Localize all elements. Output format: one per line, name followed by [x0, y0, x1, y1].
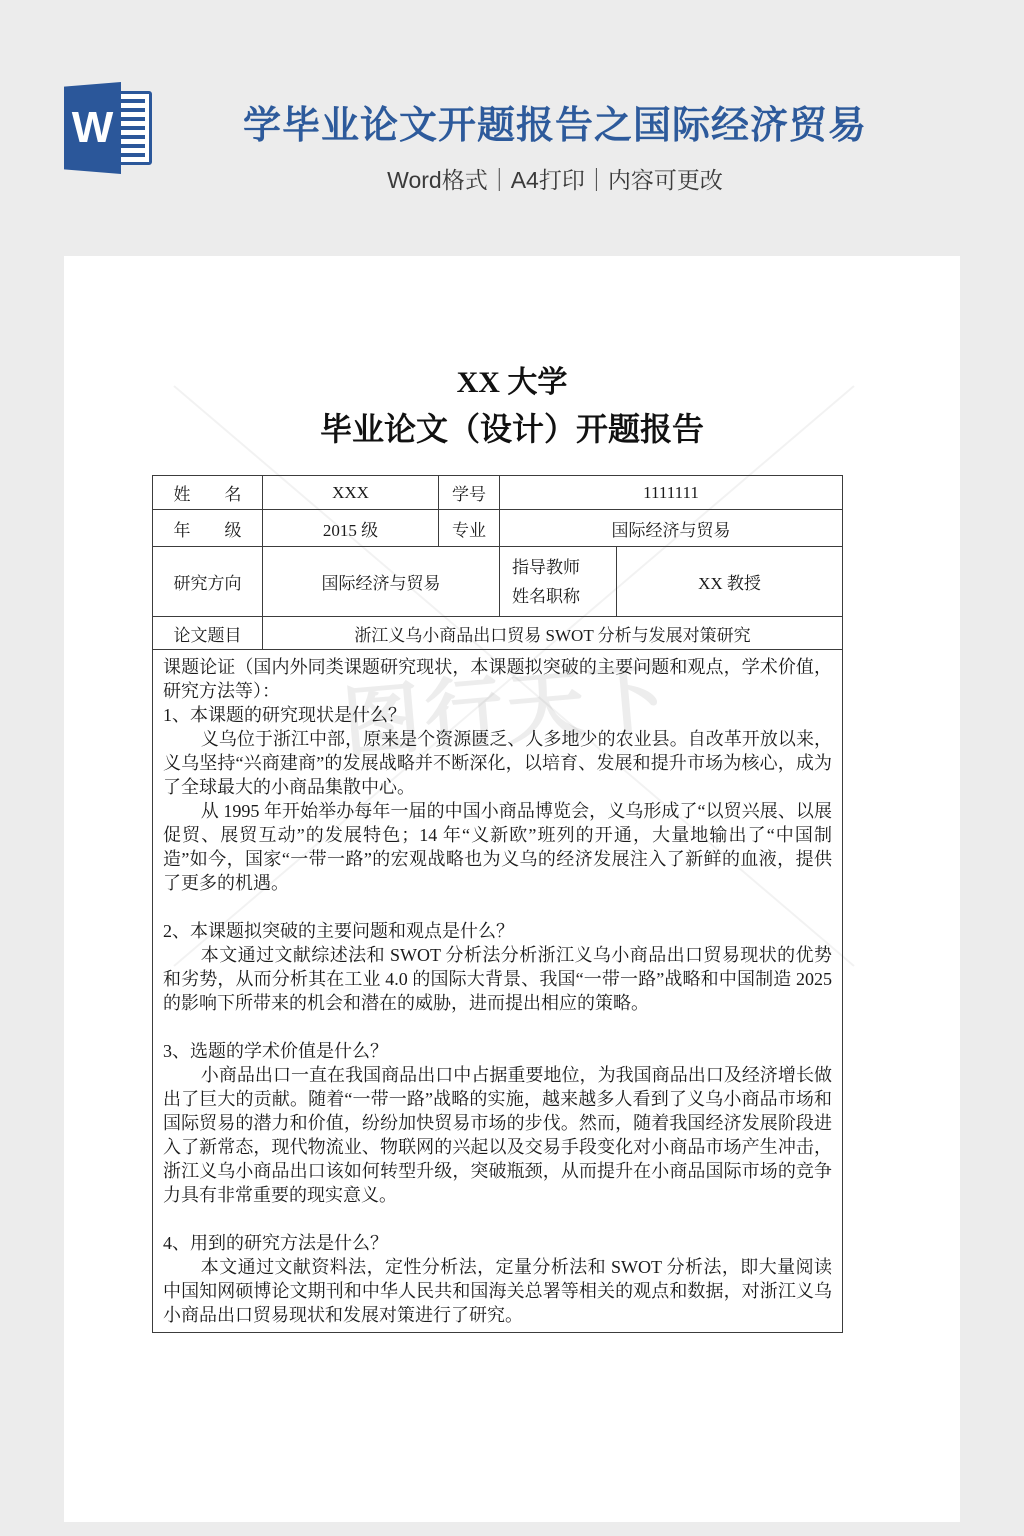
template-header: W 学毕业论文开题报告之国际经济贸易 Word格式｜A4打印｜内容可更改 — [0, 0, 1024, 256]
table-row-grade-major: 年 级 2015 级 专业 国际经济与贸易 — [153, 510, 842, 547]
topic-justification-prompt: 课题论证（国内外同类课题研究现状，本课题拟突破的主要问题和观点，学术价值，研究方… — [163, 655, 832, 703]
table-row-thesis-title: 论文题目 浙江义乌小商品出口贸易 SWOT 分析与发展对策研究 — [153, 617, 842, 650]
topic-justification-cell: 课题论证（国内外同类课题研究现状，本课题拟突破的主要问题和观点，学术价值，研究方… — [153, 650, 842, 1332]
word-icon-cover: W — [64, 82, 121, 174]
table-row-name-id: 姓 名 XXX 学号 1111111 — [153, 476, 842, 510]
table-row-direction-advisor: 研究方向 国际经济与贸易 指导教师姓名职称 XX 教授 — [153, 547, 842, 617]
header-text-block: 学毕业论文开题报告之国际经济贸易 Word格式｜A4打印｜内容可更改 — [160, 94, 950, 195]
info-table: 姓 名 XXX 学号 1111111 年 级 2015 级 专业 国际经济与贸易… — [152, 475, 843, 1333]
doc-title-university: XX 大学 — [64, 357, 960, 401]
thesis-title-label-cell: 论文题目 — [153, 617, 263, 649]
table-row-topic-justification: 课题论证（国内外同类课题研究现状，本课题拟突破的主要问题和观点，学术价值，研究方… — [153, 650, 842, 1332]
research-direction-label-cell: 研究方向 — [153, 547, 263, 616]
student-id-label-cell: 学号 — [439, 476, 500, 509]
template-subtitle: Word格式｜A4打印｜内容可更改 — [160, 162, 950, 195]
word-icon-text-lines — [119, 99, 145, 157]
word-icon-letter: W — [72, 106, 114, 150]
section-1: 1、本课题的研究现状是什么？ 义乌位于浙江中部，原来是个资源匮乏、人多地少的农业… — [163, 703, 832, 895]
template-title: 学毕业论文开题报告之国际经济贸易 — [160, 94, 950, 149]
name-label-cell: 姓 名 — [153, 476, 263, 509]
student-id-value-cell: 1111111 — [500, 476, 842, 509]
advisor-label-cell: 指导教师姓名职称 — [500, 547, 617, 616]
section-2-heading: 2、本课题拟突破的主要问题和观点是什么？ — [163, 919, 832, 943]
section-4-paragraph-1: 本文通过文献资料法，定性分析法，定量分析法和 SWOT 分析法，即大量阅读中国知… — [163, 1255, 832, 1327]
grade-label-cell: 年 级 — [153, 510, 263, 546]
major-value-cell: 国际经济与贸易 — [500, 510, 842, 546]
section-4: 4、用到的研究方法是什么？ 本文通过文献资料法，定性分析法，定量分析法和 SWO… — [163, 1231, 832, 1327]
section-2-paragraph-1: 本文通过文献综述法和 SWOT 分析法分析浙江义乌小商品出口贸易现状的优势和劣势… — [163, 943, 832, 1015]
research-direction-value-cell: 国际经济与贸易 — [263, 547, 500, 616]
name-value-cell: XXX — [263, 476, 439, 509]
word-icon: W — [64, 82, 152, 174]
section-1-heading: 1、本课题的研究现状是什么？ — [163, 703, 832, 727]
section-3-paragraph-1: 小商品出口一直在我国商品出口中占据重要地位，为我国商品出口及经济增长做出了巨大的… — [163, 1063, 832, 1207]
document-page: 图行天下 XX 大学 毕业论文（设计）开题报告 姓 名 XXX 学号 11111… — [64, 256, 960, 1522]
section-1-paragraph-2: 从 1995 年开始举办每年一届的中国小商品博览会，义乌形成了“以贸兴展、以展促… — [163, 799, 832, 895]
section-2: 2、本课题拟突破的主要问题和观点是什么？ 本文通过文献综述法和 SWOT 分析法… — [163, 919, 832, 1015]
major-label-cell: 专业 — [439, 510, 500, 546]
section-1-paragraph-1: 义乌位于浙江中部，原来是个资源匮乏、人多地少的农业县。自改革开放以来，义乌坚持“… — [163, 727, 832, 799]
grade-value-cell: 2015 级 — [263, 510, 439, 546]
thesis-title-value-cell: 浙江义乌小商品出口贸易 SWOT 分析与发展对策研究 — [263, 617, 842, 649]
section-3: 3、选题的学术价值是什么？ 小商品出口一直在我国商品出口中占据重要地位，为我国商… — [163, 1039, 832, 1207]
advisor-value-cell: XX 教授 — [617, 547, 842, 616]
section-3-heading: 3、选题的学术价值是什么？ — [163, 1039, 832, 1063]
advisor-label-text: 指导教师姓名职称 — [512, 553, 586, 611]
doc-title-report: 毕业论文（设计）开题报告 — [64, 404, 960, 450]
section-4-heading: 4、用到的研究方法是什么？ — [163, 1231, 832, 1255]
